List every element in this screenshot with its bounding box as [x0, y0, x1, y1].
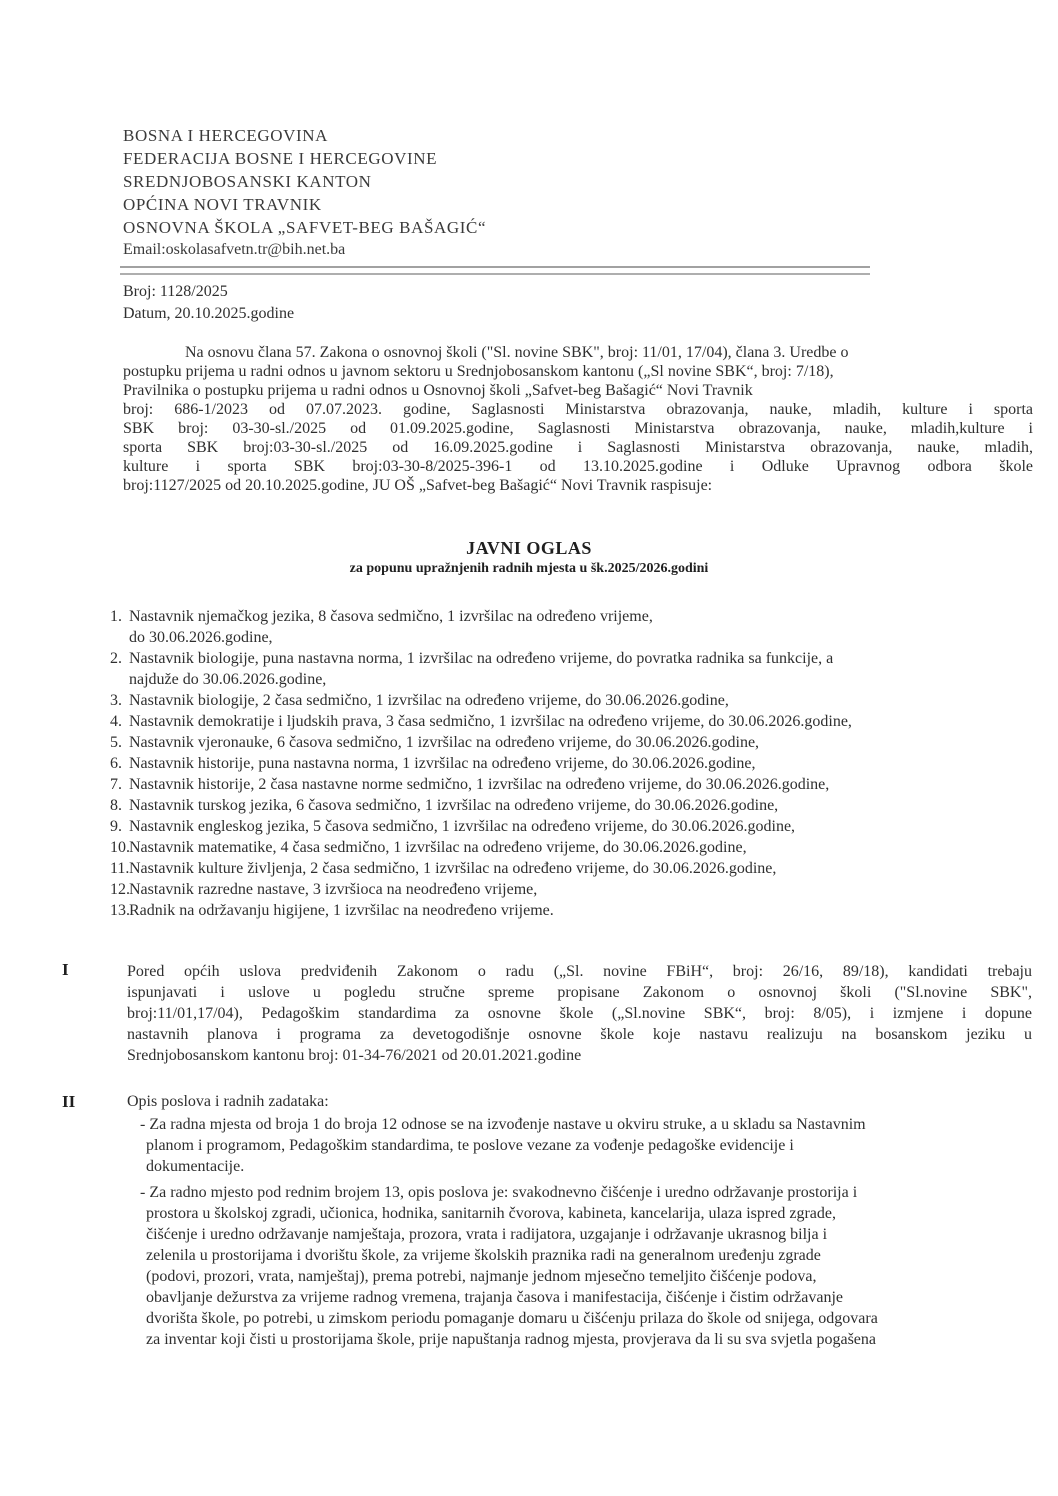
intro-line: kulture i sporta SBK broj:03-30-8/2025-3…	[123, 457, 1033, 476]
intro-line: broj:1127/2025 od 20.10.2025.godine, JU …	[123, 476, 1033, 495]
letterhead-school: OSNOVNA ŠKOLA „SAFVET-BEG BAŠAGIĆ“	[123, 218, 486, 238]
position-item: 2.Nastavnik biologije, puna nastavna nor…	[110, 648, 1040, 669]
section-1-line: nastavnih planova i programa za devetogo…	[127, 1024, 1032, 1045]
letterhead-canton: SREDNJOBOSANSKI KANTON	[123, 172, 372, 192]
position-item: 1.Nastavnik njemačkog jezika, 8 časova s…	[110, 606, 1040, 627]
intro-line: Na osnovu člana 57. Zakona o osnovnoj šk…	[123, 343, 1033, 362]
position-number: 11.	[110, 858, 130, 879]
position-item: 3.Nastavnik biologije, 2 časa sedmično, …	[110, 690, 1040, 711]
position-number: 2.	[110, 648, 130, 669]
section-1-line: broj:11/01,17/04), Pedagoškim standardim…	[127, 1003, 1032, 1024]
position-number: 4.	[110, 711, 130, 732]
duties-line: čišćenje i uredno održavanje namještaja,…	[146, 1224, 1026, 1245]
duties-teachers: - Za radna mjesta od broja 1 do broja 12…	[146, 1114, 1026, 1177]
position-item: 13.Radnik na održavanju higijene, 1 izvr…	[110, 900, 1040, 921]
duties-line: obavljanje dežurstva za vrijeme radnog v…	[146, 1287, 1026, 1308]
position-item: do 30.06.2026.godine,	[110, 627, 1040, 648]
position-item: 10.Nastavnik matematike, 4 časa sedmično…	[110, 837, 1040, 858]
intro-line: broj: 686-1/2023 od 07.07.2023. godine, …	[123, 400, 1033, 419]
document-number: Broj: 1128/2025	[123, 283, 228, 301]
intro-line: postupku prijema u radni odnos u javnom …	[123, 362, 1033, 381]
position-text: Nastavnik vjeronauke, 6 časova sedmično,…	[129, 732, 759, 753]
position-item: 5.Nastavnik vjeronauke, 6 časova sedmičn…	[110, 732, 1040, 753]
position-item: 9.Nastavnik engleskog jezika, 5 časova s…	[110, 816, 1040, 837]
position-text: Nastavnik turskog jezika, 6 časova sedmi…	[129, 795, 778, 816]
notice-subtitle: za popunu upražnjenih radnih mjesta u šk…	[0, 561, 1058, 577]
position-number: 12.	[110, 879, 130, 900]
letterhead-municipality: OPĆINA NOVI TRAVNIK	[123, 195, 322, 215]
position-item: 8.Nastavnik turskog jezika, 6 časova sed…	[110, 795, 1040, 816]
position-number: 13.	[110, 900, 130, 921]
letterhead-country: BOSNA I HERCEGOVINA	[123, 126, 328, 146]
position-text: Nastavnik kulture življenja, 2 časa sedm…	[129, 858, 776, 879]
duties-line: prostora u školskoj zgradi, učionica, ho…	[146, 1203, 1026, 1224]
intro-line: SBK broj: 03-30-sl./2025 od 01.09.2025.g…	[123, 419, 1033, 438]
duties-line: dvorišta škole, po potrebi, u zimskom pe…	[146, 1308, 1026, 1329]
position-number: 3.	[110, 690, 130, 711]
position-text: Nastavnik historije, puna nastavna norma…	[129, 753, 756, 774]
duties-line: zelenila u prostorijama i dvorištu škole…	[146, 1245, 1026, 1266]
duties-line: za inventar koji čisti u prostorijama šk…	[146, 1329, 1026, 1350]
position-text: najduže do 30.06.2026.godine,	[129, 669, 326, 690]
position-number: 6.	[110, 753, 130, 774]
position-item: 4.Nastavnik demokratije i ljudskih prava…	[110, 711, 1040, 732]
section-1-line: Srednjobosanskom kantonu broj: 01-34-76/…	[127, 1045, 1032, 1066]
duties-line: planom i programom, Pedagoškim standardi…	[146, 1135, 1026, 1156]
letterhead-federation: FEDERACIJA BOSNE I HERCEGOVINE	[123, 149, 437, 169]
intro-paragraph: Na osnovu člana 57. Zakona o osnovnoj šk…	[123, 343, 1033, 495]
position-number: 1.	[110, 606, 130, 627]
duties-line: dokumentacije.	[146, 1156, 1026, 1177]
position-text: Nastavnik njemačkog jezika, 8 časova sed…	[129, 606, 653, 627]
duties-cleaner: - Za radno mjesto pod rednim brojem 13, …	[146, 1182, 1026, 1350]
document-date: Datum, 20.10.2025.godine	[123, 305, 294, 323]
intro-line: Pravilnika o postupku prijema u radni od…	[123, 381, 1033, 400]
section-1-line: ispunjavati i uslove u pogledu stručne s…	[127, 982, 1032, 1003]
positions-list: 1.Nastavnik njemačkog jezika, 8 časova s…	[110, 606, 1040, 921]
duties-line: (podovi, prozori, vrata, namještaj), pre…	[146, 1266, 1026, 1287]
position-number: 8.	[110, 795, 130, 816]
position-number: 7.	[110, 774, 130, 795]
section-1-text: Pored općih uslova predviđenih Zakonom o…	[127, 961, 1032, 1066]
section-2-title: Opis poslova i radnih zadataka:	[127, 1093, 329, 1111]
position-text: Nastavnik biologije, 2 časa sedmično, 1 …	[129, 690, 729, 711]
position-item: najduže do 30.06.2026.godine,	[110, 669, 1040, 690]
section-1-numeral: I	[62, 960, 69, 980]
position-item: 12.Nastavnik razredne nastave, 3 izvršio…	[110, 879, 1040, 900]
position-number: 5.	[110, 732, 130, 753]
notice-title: JAVNI OGLAS	[0, 538, 1058, 559]
position-item: 11.Nastavnik kulture življenja, 2 časa s…	[110, 858, 1040, 879]
intro-line: sporta SBK broj:03-30-sl./2025 od 16.09.…	[123, 438, 1033, 457]
position-number: 10.	[110, 837, 130, 858]
position-text: Nastavnik engleskog jezika, 5 časova sed…	[129, 816, 795, 837]
position-text: Nastavnik matematike, 4 časa sedmično, 1…	[129, 837, 747, 858]
section-2-numeral: II	[62, 1092, 75, 1112]
position-text: do 30.06.2026.godine,	[129, 627, 273, 648]
position-text: Radnik na održavanju higijene, 1 izvršil…	[129, 900, 554, 921]
document-page: BOSNA I HERCEGOVINA FEDERACIJA BOSNE I H…	[0, 0, 1058, 1496]
letterhead-divider	[120, 266, 870, 275]
position-item: 6.Nastavnik historije, puna nastavna nor…	[110, 753, 1040, 774]
letterhead-email: Email:oskolasafvetn.tr@bih.net.ba	[123, 241, 345, 259]
duties-line: - Za radno mjesto pod rednim brojem 13, …	[140, 1182, 1026, 1203]
position-number: 9.	[110, 816, 130, 837]
position-text: Nastavnik razredne nastave, 3 izvršioca …	[129, 879, 537, 900]
position-item: 7.Nastavnik historije, 2 časa nastavne n…	[110, 774, 1040, 795]
duties-line: - Za radna mjesta od broja 1 do broja 12…	[140, 1114, 1026, 1135]
position-text: Nastavnik historije, 2 časa nastavne nor…	[129, 774, 829, 795]
section-1-line: Pored općih uslova predviđenih Zakonom o…	[127, 961, 1032, 982]
position-text: Nastavnik demokratije i ljudskih prava, …	[129, 711, 852, 732]
position-text: Nastavnik biologije, puna nastavna norma…	[129, 648, 833, 669]
